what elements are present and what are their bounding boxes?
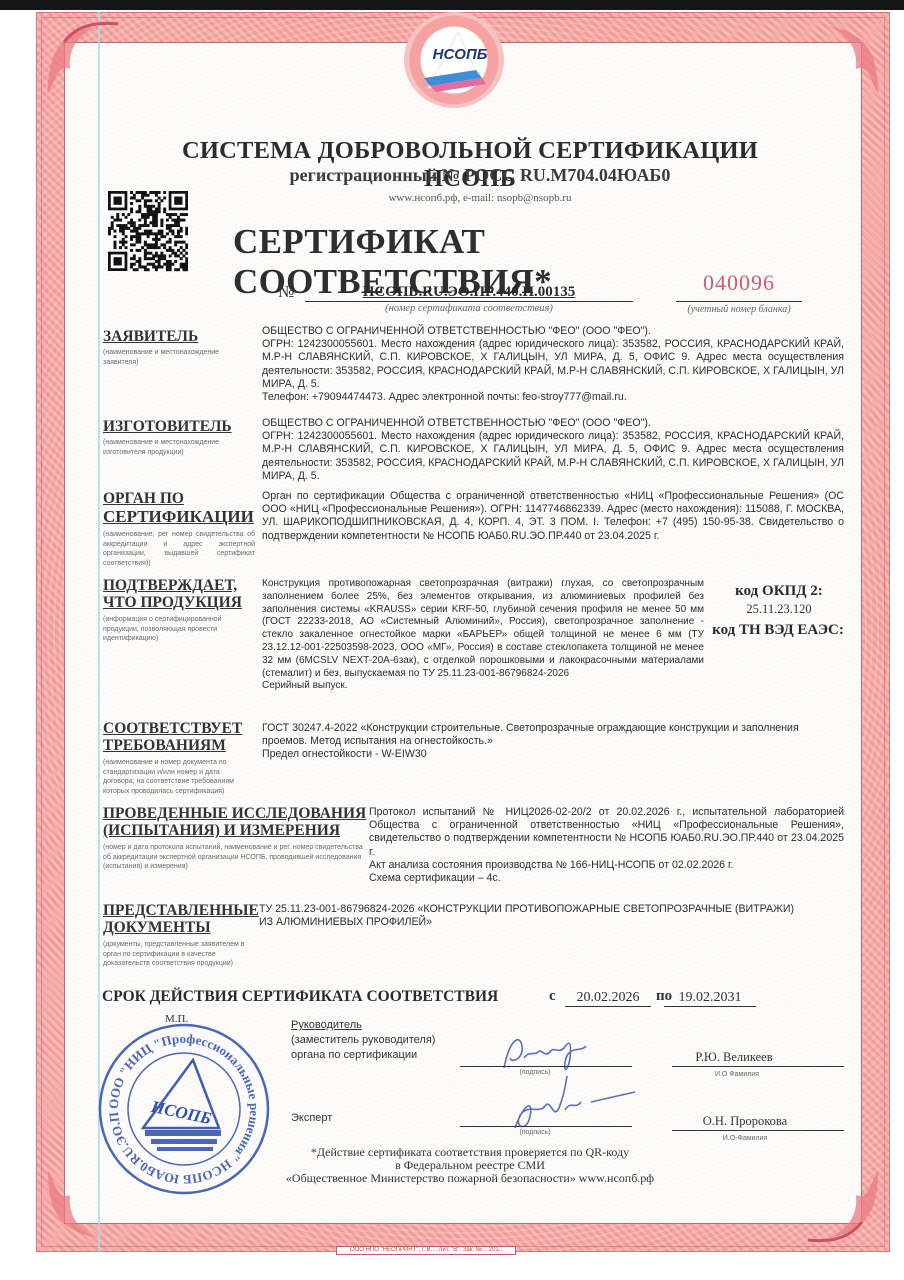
tests-label-line2: (ИСПЫТАНИЯ) И ИЗМЕРЕНИЯ [103, 822, 366, 839]
submitted-document: ТУ 25.11.23-001-86796824-2026 «КОНСТРУКЦ… [259, 903, 799, 929]
expert-signature-line [460, 1126, 632, 1127]
product-sublabel: (информация о сертифицированной продукци… [103, 615, 253, 644]
tests-label-line1: ПРОВЕДЕННЫЕ ИССЛЕДОВАНИЯ [103, 805, 366, 822]
qr-code-icon[interactable] [108, 177, 188, 285]
certification-body-text: Орган по сертификации Общества с огранич… [262, 490, 844, 543]
tests-label: ПРОВЕДЕННЫЕ ИССЛЕДОВАНИЯ (ИСПЫТАНИЯ) И И… [103, 805, 366, 839]
head-role-line3: органа по сертификации [291, 1048, 435, 1063]
applicant-contacts: Телефон: +79094474473. Адрес электронной… [262, 391, 844, 404]
expert-signature-caption: (подпись) [505, 1129, 565, 1136]
product-label: ПОДТВЕРЖДАЕТ, ЧТО ПРОДУКЦИЯ [103, 577, 242, 611]
requirements-label-line2: ТРЕБОВАНИЯМ [103, 737, 242, 754]
certification-scheme: Схема сертификации – 4с. [369, 872, 844, 885]
tnved-label: код ТН ВЭД ЕАЭС: [703, 622, 853, 639]
number-sign: № [278, 282, 294, 302]
applicant-label: ЗАЯВИТЕЛЬ [103, 328, 198, 345]
documents-label: ПРЕДСТАВЛЕННЫЕ ДОКУМЕНТЫ [103, 902, 259, 936]
applicant-address: ОГРН: 1242300055601. Место нахождения (а… [262, 338, 844, 391]
applicant-name: ОБЩЕСТВО С ОГРАНИЧЕННОЙ ОТВЕТСТВЕННОСТЬЮ… [262, 325, 844, 338]
validity-from-label: с [549, 988, 556, 1005]
blank-number: 040096 [676, 270, 802, 296]
test-protocol: Протокол испытаний № НИЦ2026-02-20/2 от … [369, 806, 844, 859]
requirements-sublabel: (наименование и номер документа по станд… [103, 758, 253, 796]
head-name-line [672, 1066, 844, 1067]
fire-resistance-limit: Предел огнестойкости - W-EIW30 [262, 748, 844, 761]
product-label-line2: ЧТО ПРОДУКЦИЯ [103, 594, 242, 611]
certification-body-label-line2: СЕРТИФИКАЦИИ [103, 507, 254, 527]
blank-number-caption: (учетный номер бланка) [676, 304, 802, 315]
scan-top-edge [0, 0, 904, 10]
documents-label-line2: ДОКУМЕНТЫ [103, 919, 259, 936]
applicant-details: ОБЩЕСТВО С ОГРАНИЧЕННОЙ ОТВЕТСТВЕННОСТЬЮ… [262, 325, 844, 404]
okpd-value: 25.11.23.120 [724, 602, 834, 617]
blank-underline [676, 301, 802, 302]
product-details: Конструкция противопожарная светопрозрач… [262, 578, 704, 693]
certification-body-details: Орган по сертификации Общества с огранич… [262, 490, 844, 543]
certification-body-sublabel: (наименование, рег номер свидетельства о… [103, 530, 255, 568]
certificate-number-caption: (номер сертификата соответствия) [305, 303, 633, 314]
printer-mark: ООО НПО "НЕОПРИНТ", г. В..., лит. "В". З… [336, 1246, 516, 1255]
product-release-type: Серийный выпуск. [262, 680, 704, 693]
contacts: www.нсопб.рф, e-mail: nsopb@nsopb.ru [240, 192, 720, 204]
documents-label-line1: ПРЕДСТАВЛЕННЫЕ [103, 902, 259, 919]
documents-details: ТУ 25.11.23-001-86796824-2026 «КОНСТРУКЦ… [259, 903, 799, 929]
certification-body-label-line1: ОРГАН ПО [103, 490, 254, 507]
manufacturer-sublabel: (наименование и местонахождение изготови… [103, 438, 243, 457]
validity-label: СРОК ДЕЙСТВИЯ СЕРТИФИКАТА СООТВЕТСТВИЯ [102, 988, 498, 1006]
head-role-line1: Руководитель [291, 1018, 435, 1033]
manufacturer-label: ИЗГОТОВИТЕЛЬ [103, 418, 232, 435]
certification-body-label: ОРГАН ПО СЕРТИФИКАЦИИ [103, 490, 254, 527]
requirements-label-line1: СООТВЕТСТВУЕТ [103, 720, 242, 737]
head-name: Р.Ю. Великеев [682, 1050, 786, 1065]
manufacturer-details: ОБЩЕСТВО С ОГРАНИЧЕННОЙ ОТВЕТСТВЕННОСТЬЮ… [262, 417, 844, 483]
requirements-details: ГОСТ 30247.4-2022 «Конструкции строитель… [262, 722, 844, 762]
validity-to-date: 19.02.2031 [664, 989, 756, 1007]
corner-ornament-icon [798, 14, 888, 104]
product-label-line1: ПОДТВЕРЖДАЕТ, [103, 577, 242, 594]
okpd-label: код ОКПД 2: [724, 583, 834, 600]
footnote-line3: «Общественное Министерство пожарной безо… [240, 1172, 700, 1185]
tests-details: Протокол испытаний № НИЦ2026-02-20/2 от … [369, 806, 844, 885]
manufacturer-name: ОБЩЕСТВО С ОГРАНИЧЕННОЙ ОТВЕТСТВЕННОСТЬЮ… [262, 417, 844, 430]
documents-sublabel: (документы, представленные заявителем в … [103, 940, 253, 969]
corner-ornament-icon [798, 1160, 888, 1250]
expert-name: О.Н. Пророкова [690, 1114, 800, 1129]
tests-sublabel: (номер и дата протокола испытаний, наиме… [103, 843, 363, 872]
head-name-caption: И.О Фамилия [702, 1071, 772, 1078]
manufacturer-address: ОГРН: 1242300055601. Место нахождения (а… [262, 430, 844, 483]
svg-text:НСОПБ: НСОПБ [149, 1097, 214, 1128]
product-description: Конструкция противопожарная светопрозрач… [262, 578, 704, 680]
validity-from-date: 20.02.2026 [565, 989, 651, 1007]
qr-verification-note: *Действие сертификата соответствия прове… [240, 1146, 700, 1185]
requirements-label: СООТВЕТСТВУЕТ ТРЕБОВАНИЯМ [103, 720, 242, 754]
certificate-number: НСОПБ.RU.ЭО.ПР.440.Н.00135 [305, 284, 633, 301]
number-underline [305, 301, 633, 302]
expert-name-caption: И.О-Фамилия [710, 1135, 780, 1142]
applicant-sublabel: (наименование и местонахождение заявител… [103, 348, 243, 367]
corner-ornament-icon [38, 14, 128, 104]
production-analysis-act: Акт анализа состояния производства № 166… [369, 859, 844, 872]
head-signature-line [460, 1066, 632, 1067]
expert-role: Эксперт [291, 1111, 332, 1126]
stamp-place-mark: М.П. [165, 1013, 188, 1025]
expert-name-line [672, 1130, 844, 1131]
head-role-line2: (заместитель руководителя) [291, 1033, 435, 1048]
head-role: Руководитель (заместитель руководителя) … [291, 1018, 435, 1063]
emblem-label: НСОПБ [425, 46, 495, 63]
registration-number: регистрационный № РОСС RU.M704.04ЮАБ0 [180, 165, 780, 186]
requirements-standard: ГОСТ 30247.4-2022 «Конструкции строитель… [262, 722, 844, 748]
